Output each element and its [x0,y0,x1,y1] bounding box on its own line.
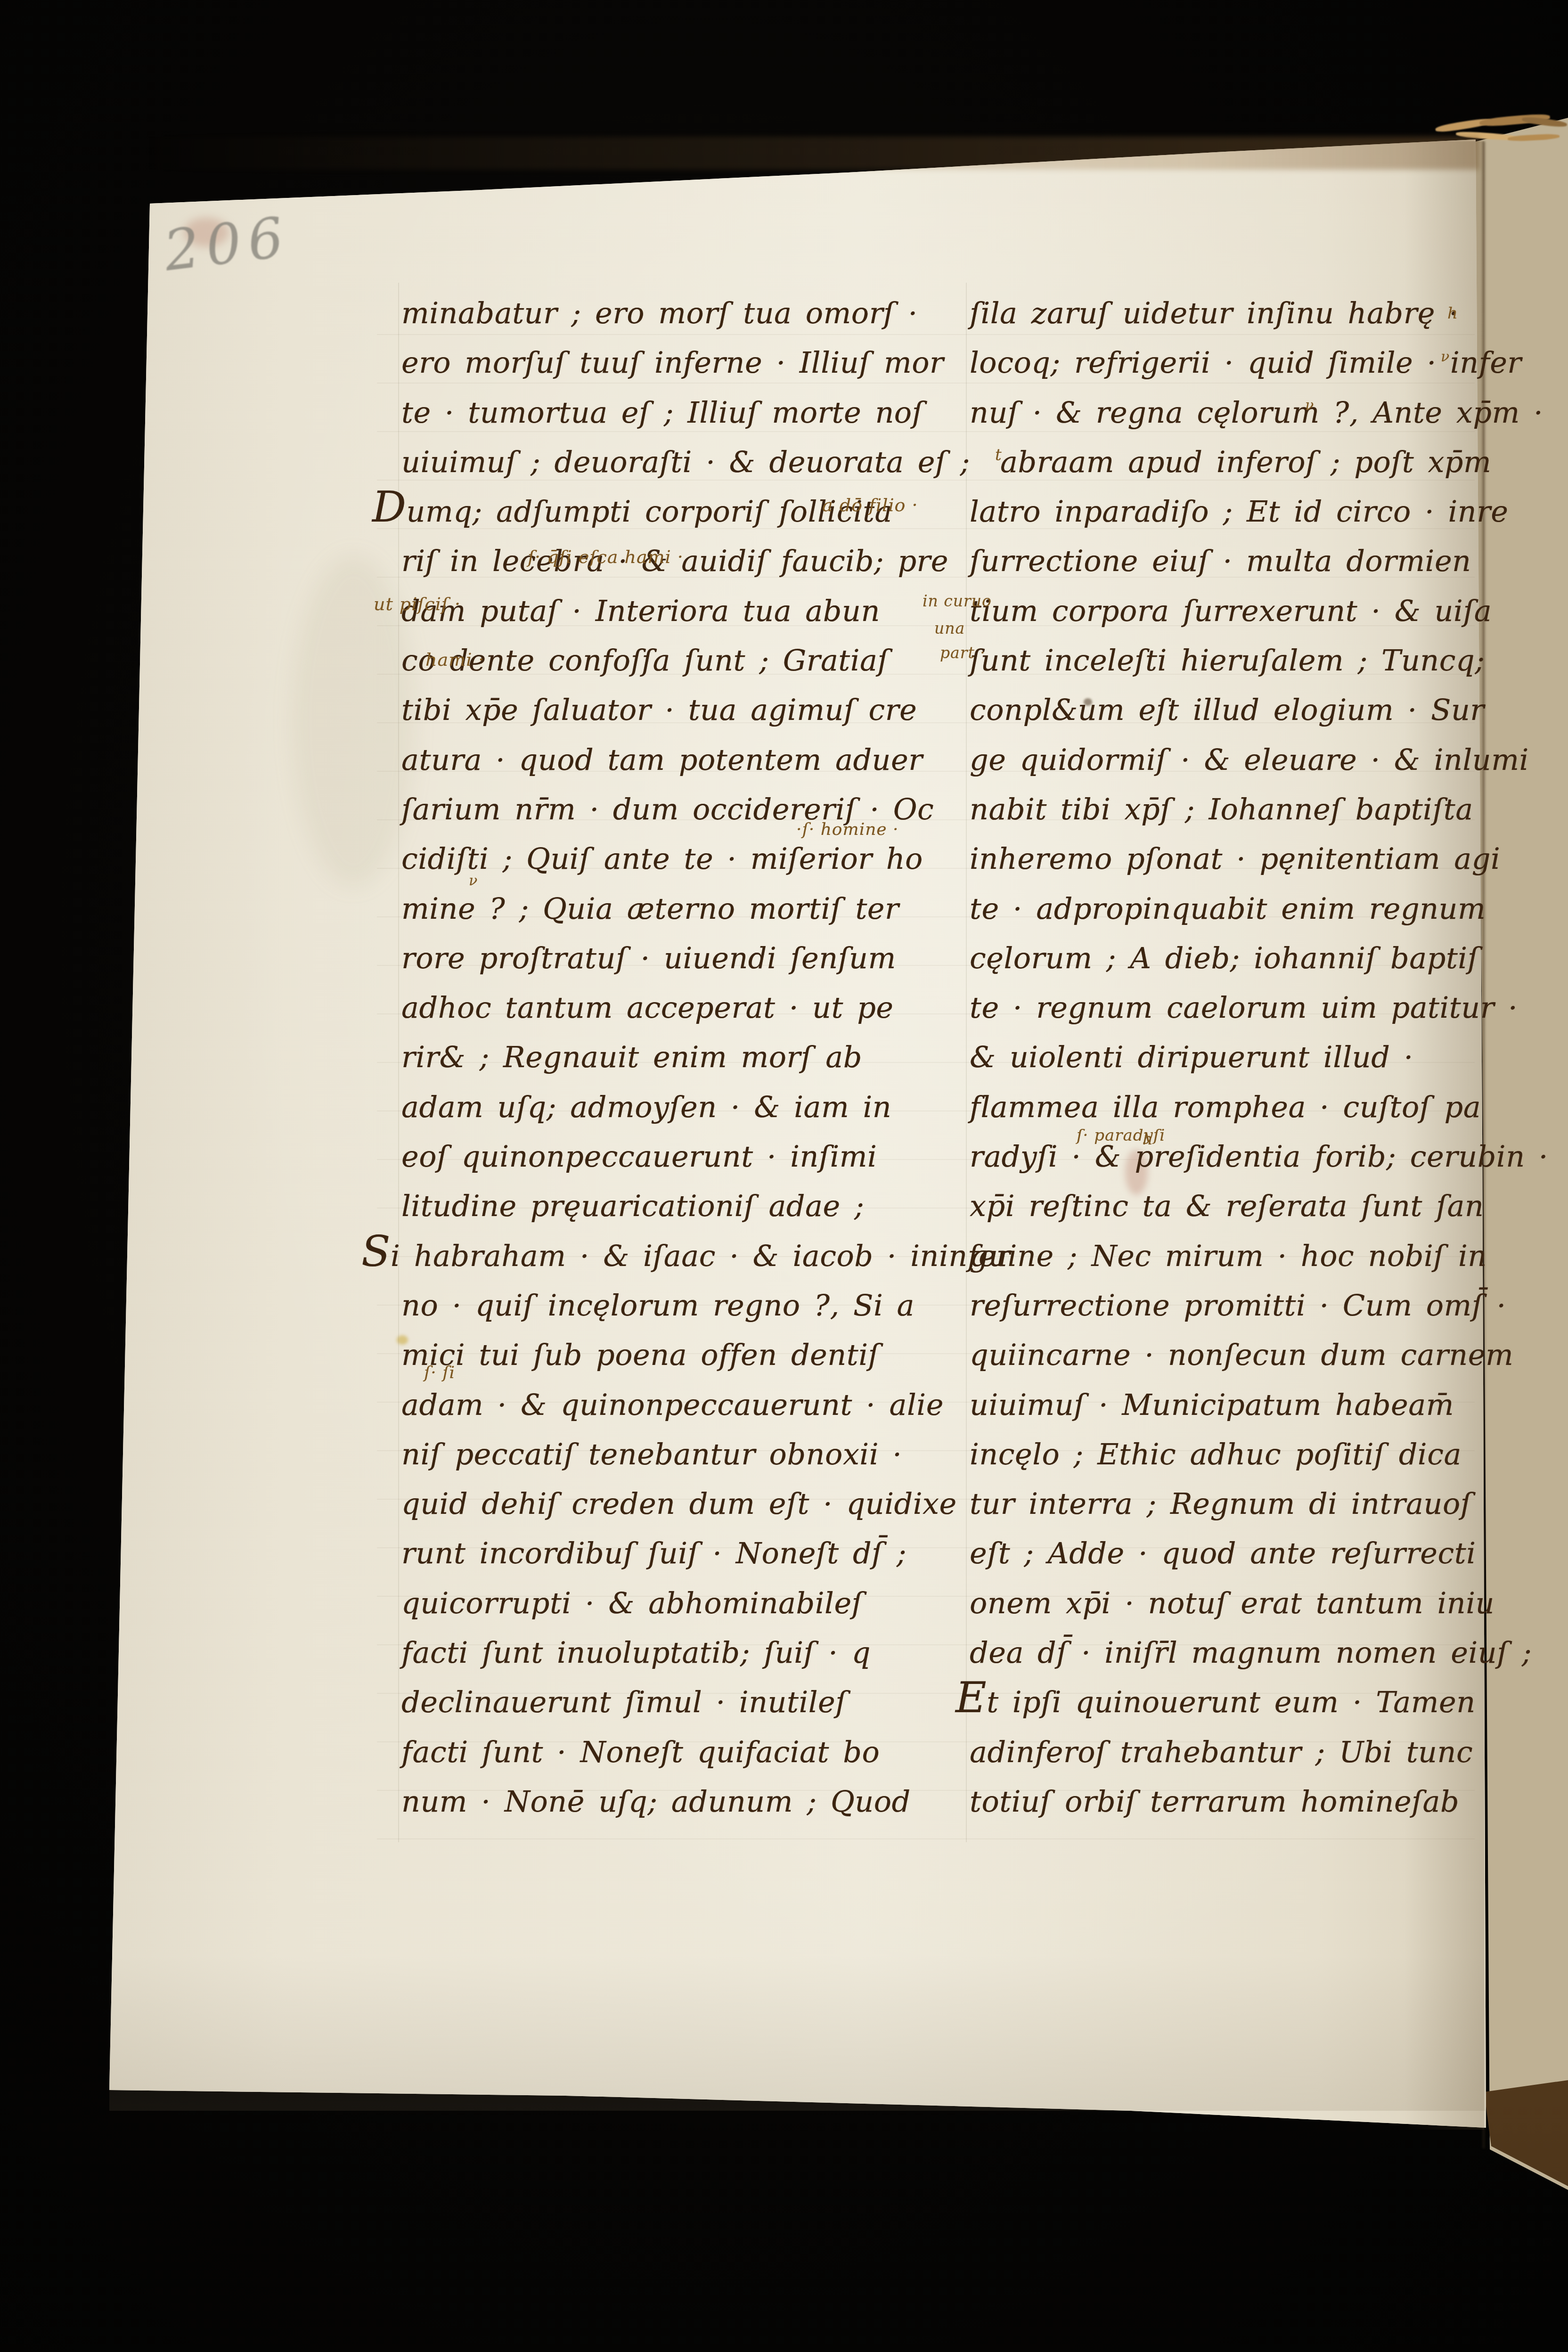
text-line: ſurrectione eiuſ · multa dormien [970,536,1548,586]
text-line: mine ? ; Quia æterno mortiſ ter [401,884,1010,933]
text-line: inheremo pſonat · pęnitentiam agi [970,834,1548,883]
text-line: adhoc tantum acceperat · ut pe [401,983,1010,1032]
text-line: nabit tibi xp̄ſ ; Iohanneſ baptiſta [970,784,1548,834]
text-line: te · tumortua eſ ; Illiuſ morte noſ [401,388,1010,437]
interlinear-gloss: ſ· ſi [424,1363,455,1382]
text-line: locoq; refrigerii · quid ſimile · infer [970,338,1548,387]
interlinear-gloss: a dō filio · [822,495,918,515]
interlinear-gloss: t [995,446,1002,465]
text-line: uiuimuſ · Municipatum habeam̄ [970,1380,1548,1429]
text-line: ſila zaruſ uidetur inſinu habrę · [970,288,1548,338]
top-edge-discoloration [141,137,1479,170]
text-line: guine ; Nec mirum · hoc nobiſ in [970,1231,1548,1281]
text-line: cidiſti ; Quiſ ante te · miſerior ho [401,834,1010,883]
interlinear-gloss: ·ſ· homine · [796,820,899,839]
text-line: uiuimuſ ; deuoraſti · & deuorata eſ ; [401,437,1010,487]
text-line: reſurrectione promitti · Cum omſ̄ · [970,1281,1548,1330]
text-line: facti ſunt · Noneſt quifaciat bo [401,1727,1010,1777]
text-column-right: ſila zaruſ uidetur inſinu habrę ·locoq; … [970,288,1548,1826]
text-line: quiincarne · nonſecun dum carnem [970,1330,1548,1380]
text-line: no · quiſ incęlorum regno ?, Si a [401,1281,1010,1330]
text-line: litudine pręuaricationiſ adae ; [401,1181,1010,1231]
text-line: facti ſunt inuoluptatib; ſuiſ · q [401,1628,1010,1677]
text-line: riſ in lecebra · & auidiſ faucib; pre [401,536,1010,586]
text-line: adam uſq; admoyſen · & iam in [401,1082,1010,1132]
text-line: tium corpora ſurrexerunt · & uiſa [970,586,1548,636]
photo-background: 206 minabatur ; ero morſ tua omorſ ·ero … [0,0,1568,2352]
bottom-shading [109,1955,1485,2111]
text-line: totiuſ orbiſ terrarum homineſab [970,1777,1548,1826]
text-line: nuſ · & regna cęlorum ?, Ante xp̄m · [970,388,1548,437]
text-line: rore proſtratuſ · uiuendi ſenſum [401,933,1010,983]
text-line: Et ipſi quinouerunt eum · Tamen [955,1677,1548,1727]
text-line: cęlorum ; A dieb; iohanniſ baptiſ [970,933,1548,983]
interlinear-gloss: in curuo [923,592,992,610]
text-line: dam putaſ · Interiora tua abun [401,586,1010,636]
text-line: ge quidormiſ · & eleuare · & inlumi [970,735,1548,784]
interlinear-gloss: part · [940,644,986,662]
text-line: te · regnum caelorum uim patitur · [970,983,1548,1032]
text-line: ero morſuſ tuuſ inferne · Illiuſ mor [401,338,1010,387]
interlinear-gloss: ν [1305,397,1314,414]
text-line: abraam apud inferoſ ; poſt xp̄m [1000,437,1548,487]
text-column-left: minabatur ; ero morſ tua omorſ ·ero morſ… [401,288,1010,1826]
text-line: adam · & quinonpeccauerunt · alie [401,1380,1010,1429]
text-line: niſ peccatiſ tenebantur obnoxii · [401,1429,1010,1479]
text-line: declinauerunt ſimul · inutileſ [401,1677,1010,1727]
text-line: eoſ quinonpeccauerunt · inſimi [401,1132,1010,1181]
text-line: te · adpropinquabit enim regnum [970,884,1548,933]
text-line: Si habraham · & iſaac · & iacob · ininfe… [361,1231,1010,1281]
text-line: conpl&um eſt illud elogium · Sur [970,685,1548,735]
interlinear-gloss: h [1447,304,1458,323]
text-line: mici tui ſub poena offen dentiſ [401,1330,1010,1380]
text-line: radyſi · & preſidentia forib; cerubin · [970,1132,1548,1181]
text-line: atura · quod tam potentem aduer [401,735,1010,784]
text-line: onem xp̄i · notuſ erat tantum iniu [970,1578,1548,1628]
text-line: tibi xp̄e ſaluator · tua agimuſ cre [401,685,1010,735]
interlinear-gloss: h [1143,1130,1153,1149]
text-line: eſt ; Adde · quod ante reſurrecti [970,1528,1548,1578]
text-line: xp̄i reſtinc ta & reſerata ſunt ſan [970,1181,1548,1231]
text-line: & uiolenti diripuerunt illud · [970,1032,1548,1082]
text-line: tur interra ; Regnum di intrauoſ [970,1479,1548,1528]
text-line: flammea illa romphea · cuſtoſ pa [970,1082,1548,1132]
interlinear-gloss: una [934,619,965,637]
text-line: dea dſ̄ · iniſr̄l magnum nomen eiuſ ; [970,1628,1548,1677]
text-line: adinferoſ trahebantur ; Ubi tunc [970,1727,1548,1777]
text-line: ſunt inceleſti hieruſalem ; Tuncq; [970,636,1548,685]
text-line: latro inparadiſo ; Et id circo · inre [970,487,1548,536]
text-line: quid dehiſ creden dum eſt · quidixe [401,1479,1010,1528]
text-line: rir& ; Regnauit enim morſ ab [401,1032,1010,1082]
interlinear-gloss: hami · [425,649,484,670]
text-line: runt incordibuſ ſuiſ · Noneſt dſ̄ ; [401,1528,1010,1578]
text-line: quicorrupti · & abhominabileſ [401,1578,1010,1628]
text-line: minabatur ; ero morſ tua omorſ · [401,288,1010,338]
text-line: co dente confoſſa ſunt ; Gratiaſ [401,636,1010,685]
text-line: incęlo ; Ethic adhuc poſitiſ dica [970,1429,1548,1479]
interlinear-gloss: ut piſciſ · [374,594,461,614]
interlinear-gloss: ſ· q̄ſi eſca hami · [528,547,684,567]
text-line: ſarium nr̄m · dum occidereriſ · Oc [401,784,1010,834]
interlinear-gloss: ν [1441,349,1450,365]
interlinear-gloss: ν [469,873,478,889]
text-line: num · Nonē uſq; adunum ; Quod [401,1777,1010,1826]
